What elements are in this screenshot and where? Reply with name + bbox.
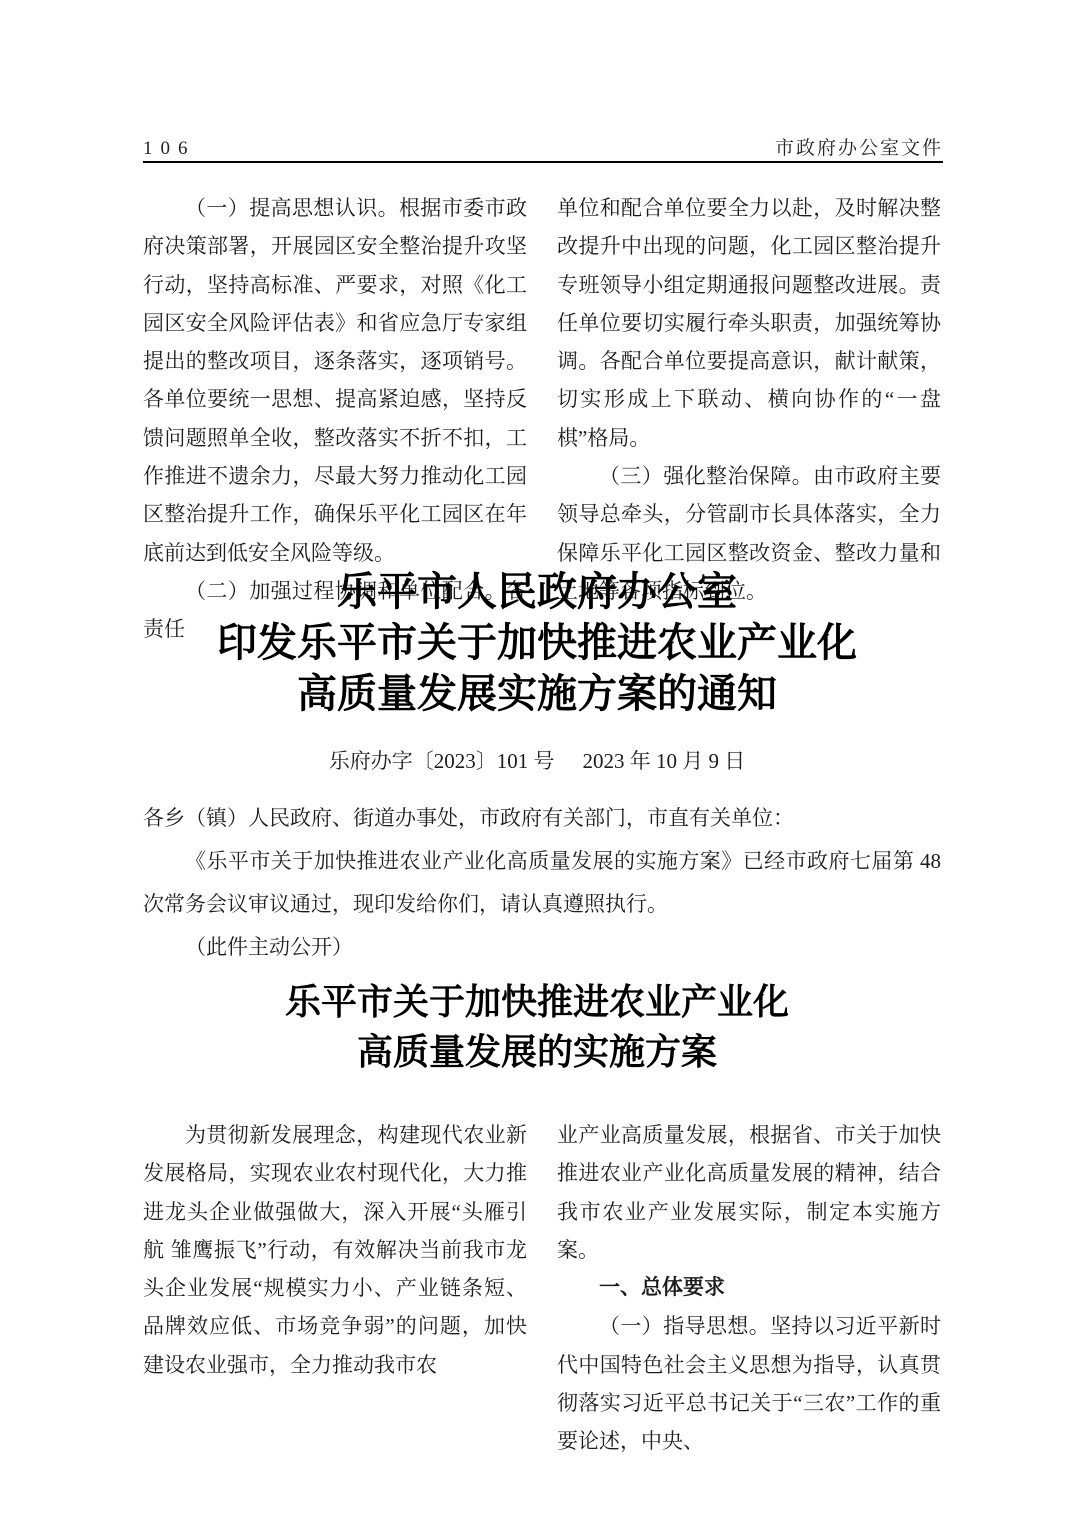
paragraph: （一）指导思想。坚持以习近平新时代中国特色社会主义思想为指导，认真贯彻落实习近平… — [557, 1307, 941, 1460]
paragraph: 单位和配合单位要全力以赴，及时解决整改提升中出现的问题，化工园区整治提升专班领导… — [557, 189, 941, 457]
page-header: 106 市政府办公室文件 — [143, 134, 943, 160]
paragraph: 业产业高质量发展，根据省、市关于加快推进农业产业化高质量发展的精神，结合我市农业… — [557, 1116, 941, 1269]
notice-title-line: 高质量发展实施方案的通知 — [0, 668, 1074, 719]
doc-number-line: 乐府办字〔2023〕101 号2023 年 10 月 9 日 — [0, 745, 1074, 775]
plan-title: 乐平市关于加快推进农业产业化高质量发展的实施方案 — [0, 977, 1074, 1077]
header-rule — [143, 161, 943, 163]
paragraph: 为贯彻新发展理念，构建现代农业新发展格局，实现农业农村现代化，大力推进龙头企业做… — [143, 1116, 527, 1384]
doc-date: 2023 年 10 月 9 日 — [583, 749, 746, 773]
header-doc-category: 市政府办公室文件 — [775, 133, 943, 160]
page-number: 106 — [143, 138, 196, 160]
paragraph: （此件主动公开） — [143, 926, 941, 969]
notice-title: 乐平市人民政府办公室印发乐平市关于加快推进农业产业化高质量发展实施方案的通知 — [0, 566, 1074, 719]
paragraph: 一、总体要求 — [557, 1269, 941, 1307]
paragraph: （一）提高思想认识。根据市委市政府决策部署，开展园区安全整治提升攻坚行动，坚持高… — [143, 189, 527, 572]
doc-number: 乐府办字〔2023〕101 号 — [329, 749, 555, 773]
document-page: 106 市政府办公室文件 （一）提高思想认识。根据市委市政府决策部署，开展园区安… — [0, 0, 1074, 1520]
paragraph: 各乡（镇）人民政府、街道办事处，市政府有关部门，市直有关单位： — [143, 797, 941, 840]
notice-title-line: 乐平市人民政府办公室 — [0, 566, 1074, 617]
left-column: 为贯彻新发展理念，构建现代农业新发展格局，实现农业农村现代化，大力推进龙头企业做… — [143, 1116, 527, 1461]
notice-title-line: 印发乐平市关于加快推进农业产业化 — [0, 617, 1074, 668]
plan-title-line: 乐平市关于加快推进农业产业化 — [0, 977, 1074, 1027]
paragraph: 《乐平市关于加快推进农业产业化高质量发展的实施方案》已经市政府七届第 48 次常… — [143, 840, 941, 926]
plan-title-line: 高质量发展的实施方案 — [0, 1027, 1074, 1077]
right-column: 业产业高质量发展，根据省、市关于加快推进农业产业化高质量发展的精神，结合我市农业… — [557, 1116, 941, 1461]
plan-columns: 为贯彻新发展理念，构建现代农业新发展格局，实现农业农村现代化，大力推进龙头企业做… — [143, 1116, 941, 1461]
notice-body: 各乡（镇）人民政府、街道办事处，市政府有关部门，市直有关单位：《乐平市关于加快推… — [143, 797, 941, 969]
